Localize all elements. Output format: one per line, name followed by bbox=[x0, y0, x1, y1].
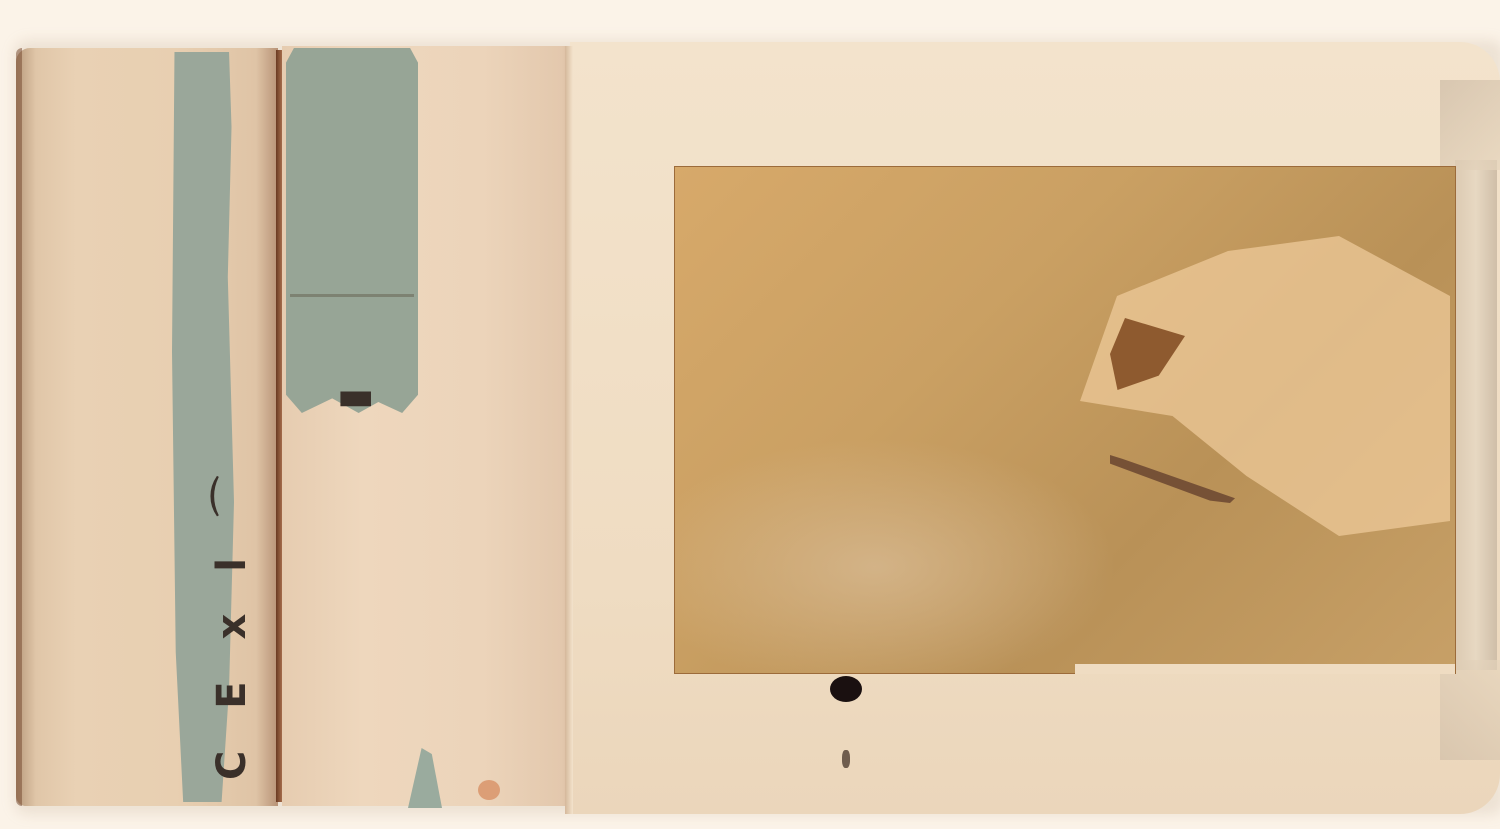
box-corner-top bbox=[1440, 80, 1500, 170]
strip-crease bbox=[290, 294, 414, 297]
label-torn-edge bbox=[1075, 664, 1455, 674]
box-end-edge bbox=[16, 48, 22, 806]
ink-drip bbox=[842, 750, 850, 768]
strip-lettering: C E x l ⌒ bbox=[200, 540, 260, 780]
stain-spot bbox=[478, 780, 500, 800]
ink-blot bbox=[830, 676, 862, 702]
photo-scene: C E x l ⌒ ▮ bbox=[0, 0, 1500, 829]
box-right-bevel bbox=[1455, 160, 1497, 670]
box-corner-bottom bbox=[1440, 660, 1500, 760]
strip-lettering-fragment: ▮ bbox=[330, 330, 390, 410]
box-fold-edge bbox=[565, 46, 573, 814]
